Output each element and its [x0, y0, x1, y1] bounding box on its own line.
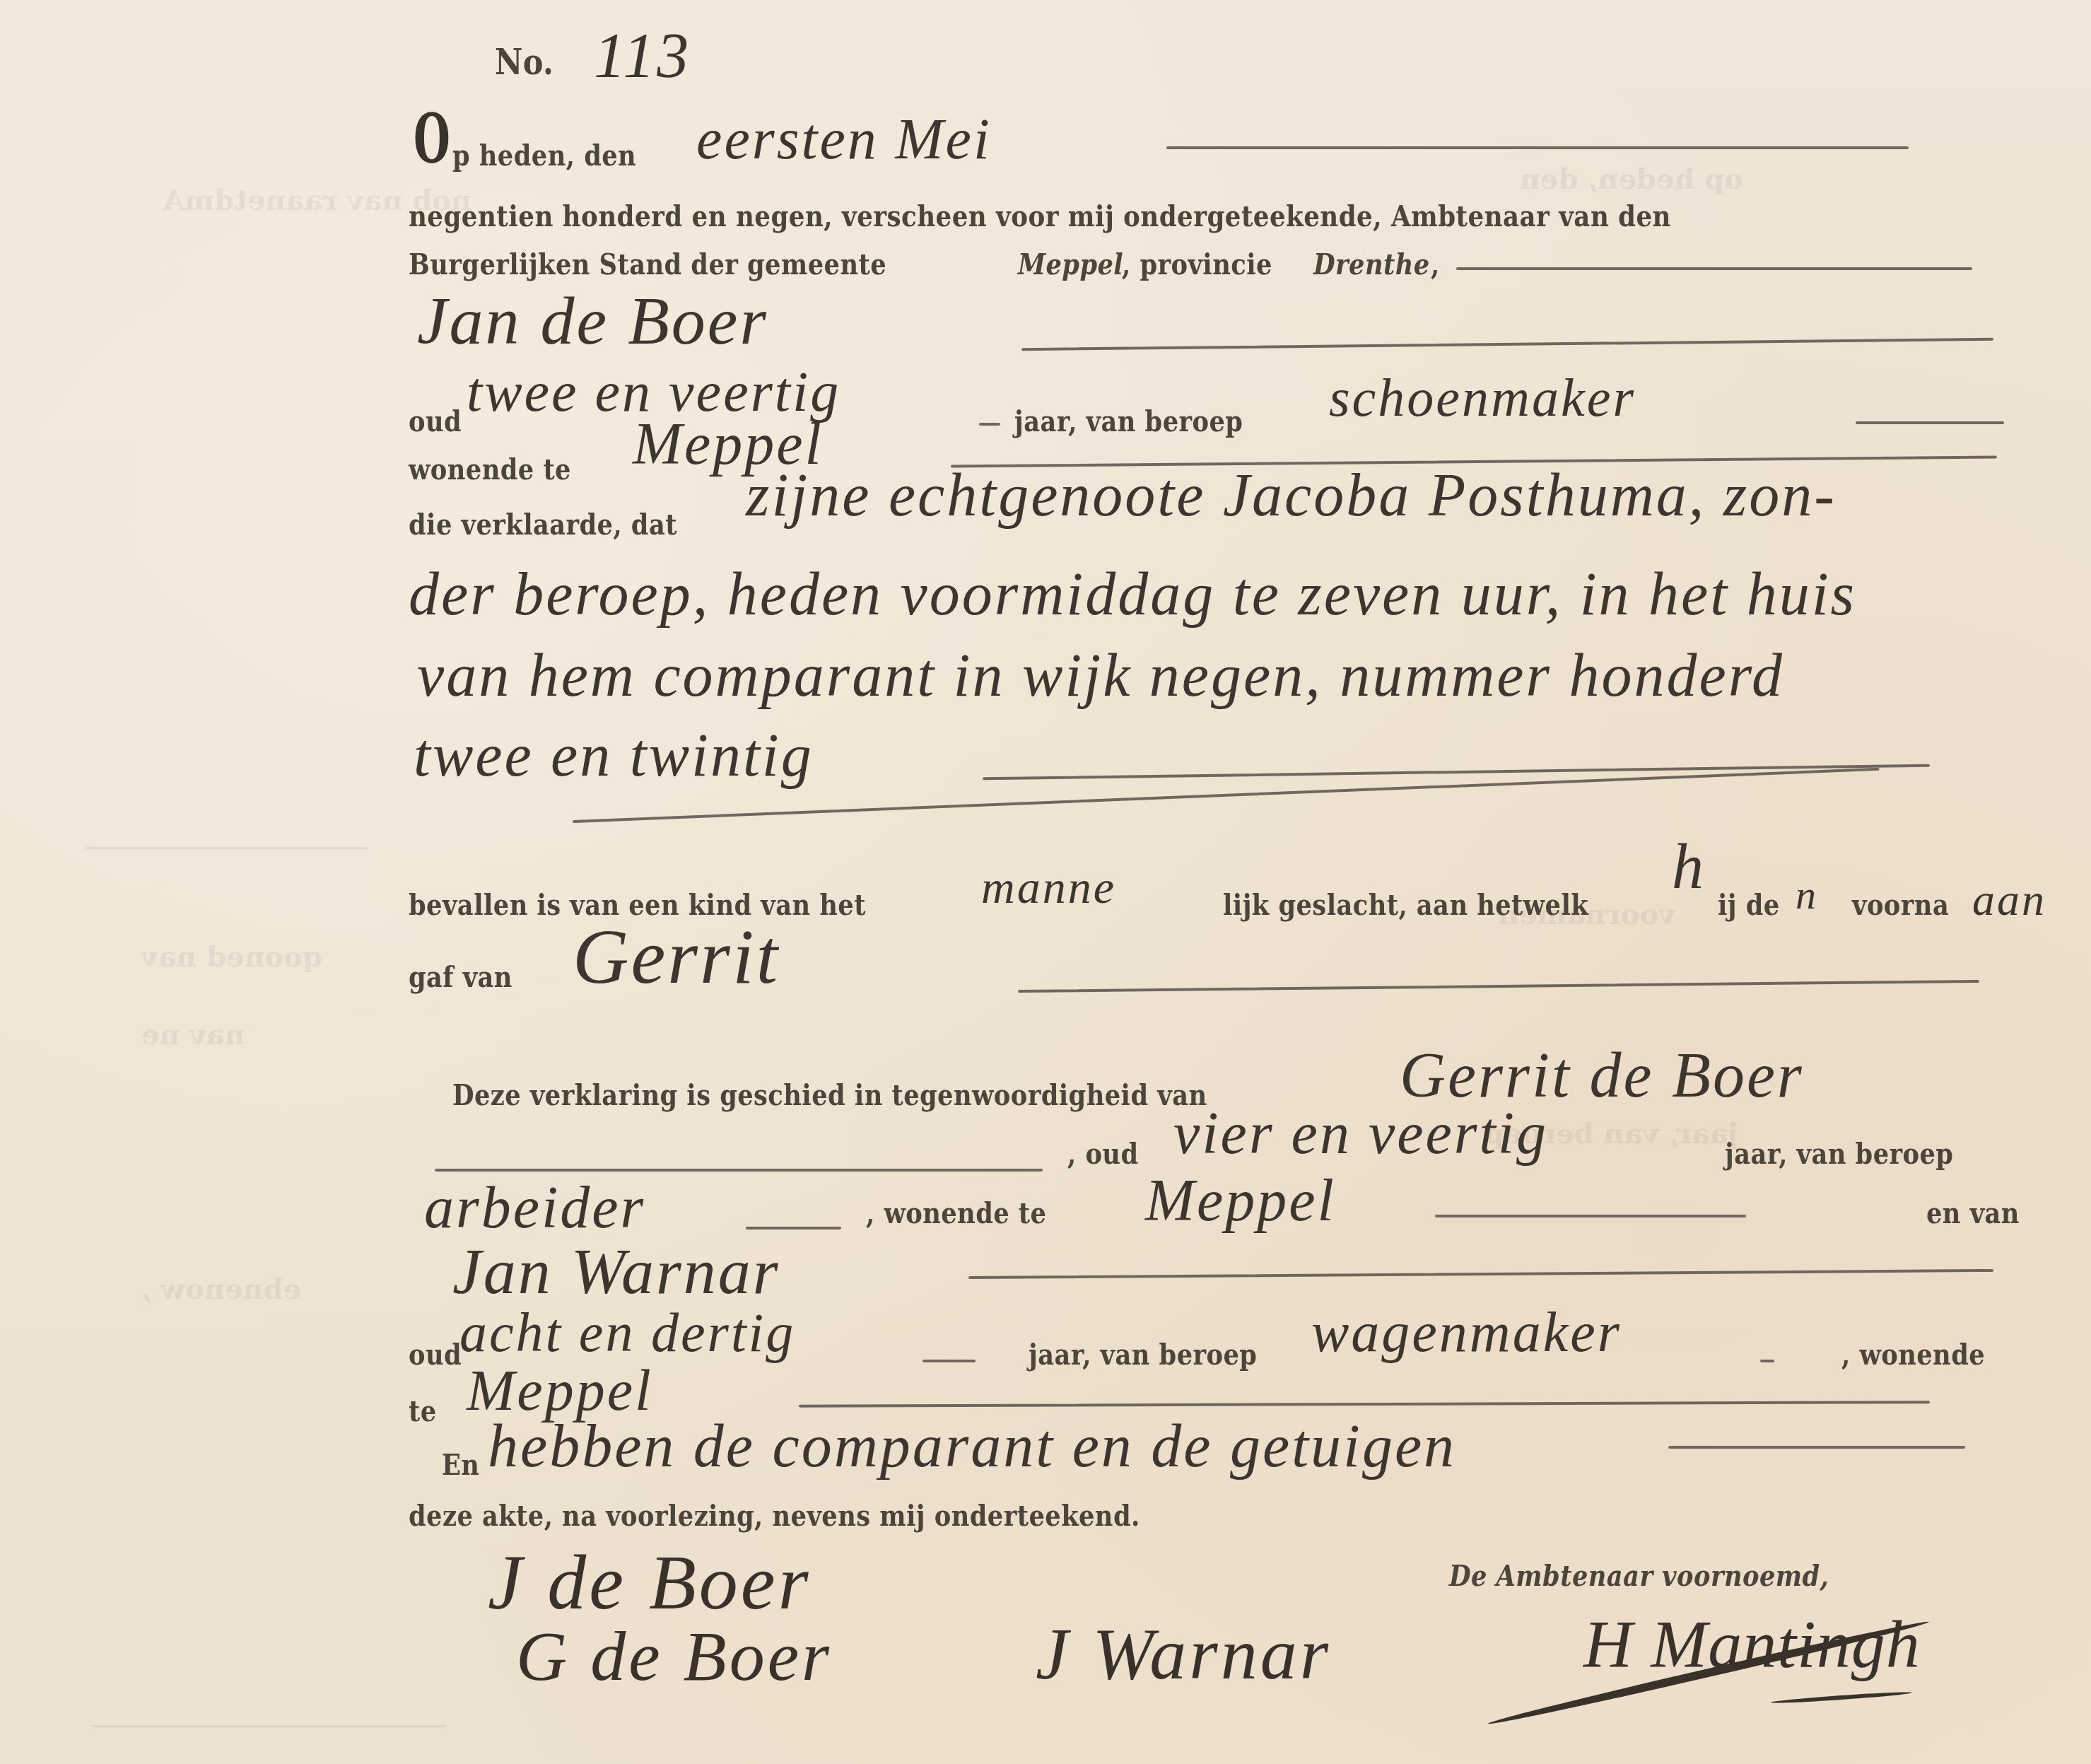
fill-rule: [1435, 1215, 1746, 1217]
op-heden-text: p heden, den: [452, 139, 636, 173]
printed-line-3: Burgerlijken Stand der gemeente: [409, 247, 964, 281]
act-number-label: No.: [495, 41, 554, 83]
bleed-through-rule: [92, 1725, 445, 1727]
signature-declarant: J de Boer: [488, 1538, 811, 1628]
fill-rule: [799, 1401, 1930, 1408]
printed-line-3b: , provincie: [1122, 247, 1272, 281]
label-ij-de: ij de: [1718, 888, 1780, 922]
signature-witness2: J Warnar: [1036, 1612, 1331, 1696]
signature-witness1: G de Boer: [516, 1616, 832, 1697]
label-wonende-te-2: , wonende te: [866, 1196, 1046, 1230]
label-jaar-van-beroep-2: jaar, van beroep: [1029, 1338, 1257, 1372]
label-te: te: [409, 1394, 437, 1428]
aan-handwritten: aan: [1972, 874, 2046, 926]
label-jaar-beroep: jaar, van beroep: [1014, 404, 1243, 438]
child-name: Gerrit: [573, 912, 780, 1002]
label-wonende-te: wonende te: [409, 452, 571, 486]
declarant-name: Jan de Boer: [417, 281, 768, 360]
witness1-age: vier en veertig: [1173, 1099, 1548, 1168]
printed-line-3c: ,: [1431, 247, 1440, 281]
fill-dash: [746, 1227, 841, 1229]
statement-line-1: zijne echtgenoote Jacoba Posthuma, zon-: [746, 460, 1837, 530]
bleed-through-text: op heden, den: [1520, 163, 1743, 196]
label-gaf-van: gaf van: [409, 960, 512, 994]
bleed-through-rule: [85, 847, 368, 849]
witness2-name: Jan Warnar: [452, 1234, 780, 1309]
label-ambtenaar: De Ambtenaar voornoemd,: [1449, 1559, 1829, 1593]
fill-rule: [1018, 980, 1979, 993]
label-comma-oud: , oud: [1067, 1137, 1139, 1171]
witness2-age: acht en dertig: [459, 1301, 795, 1365]
fill-rule: [968, 1269, 1993, 1279]
fill-rule: [1668, 1446, 1965, 1449]
witness1-occupation: arbeider: [424, 1174, 645, 1242]
bleed-through-text: nav ne: [141, 1018, 245, 1051]
act-number: 113: [594, 20, 691, 93]
bleed-through-text: qooned nav: [141, 940, 322, 974]
fill-dash: [979, 423, 1000, 426]
label-deze-akte: deze akte, na voorlezing, nevens mij ond…: [409, 1499, 1140, 1533]
date-handwritten: eersten Mei: [696, 106, 992, 173]
label-comma-wonende: , wonende: [1841, 1338, 1985, 1372]
fill-rule: [435, 1169, 1043, 1172]
label-en-van: en van: [1926, 1196, 2020, 1230]
label-die-verklaarde: die verklaarde, dat: [409, 508, 677, 542]
fill-rule: [1456, 267, 1972, 270]
fill-rule: [1856, 421, 2004, 424]
province: Drenthe: [1313, 247, 1430, 281]
printed-line-2: negentien honderd en negen, verscheen vo…: [409, 199, 1671, 233]
witness2-occupation: wagenmaker: [1311, 1301, 1622, 1365]
label-voorna: voorna: [1852, 888, 1949, 922]
signature-official: H Mantingh: [1583, 1605, 1921, 1683]
declarant-occupation: schoenmaker: [1329, 368, 1636, 429]
witness1-residence: Meppel: [1145, 1167, 1336, 1235]
label-en: En: [442, 1448, 479, 1482]
label-lijk-geslacht: lijk geslacht, aan hetwelk: [1223, 888, 1588, 922]
de-correction: n: [1796, 871, 1818, 918]
statement-line-2: der beroep, heden voormiddag te zeven uu…: [409, 559, 1856, 629]
label-jaar-van-beroep: jaar, van beroep: [1725, 1137, 1953, 1171]
statement-line-4: twee en twintig: [414, 720, 814, 790]
fill-rule: [1021, 338, 1993, 351]
printed-line-3a: Burgerlijken Stand der gemeente: [409, 247, 886, 281]
label-deze-verklaring: Deze verklaring is geschied in tegenwoor…: [452, 1078, 1207, 1112]
signature-underline: [1771, 1690, 1912, 1705]
bleed-through-text: ebnenow ,: [141, 1273, 301, 1306]
statement-line-3: van hem comparant in wijk negen, nummer …: [417, 640, 1784, 711]
fill-dash: [922, 1360, 976, 1362]
label-oud-2: oud: [409, 1338, 462, 1372]
fill-rule: [1166, 146, 1909, 149]
municipality: Meppel: [1018, 247, 1123, 281]
sex-handwritten: manne: [981, 861, 1116, 915]
label-oud: oud: [409, 404, 462, 438]
closing-handwritten: hebben de comparant en de getuigen: [488, 1410, 1456, 1481]
fill-dash: [1760, 1360, 1774, 1362]
h-insert: h: [1672, 831, 1706, 904]
op-initial: O: [414, 99, 450, 179]
